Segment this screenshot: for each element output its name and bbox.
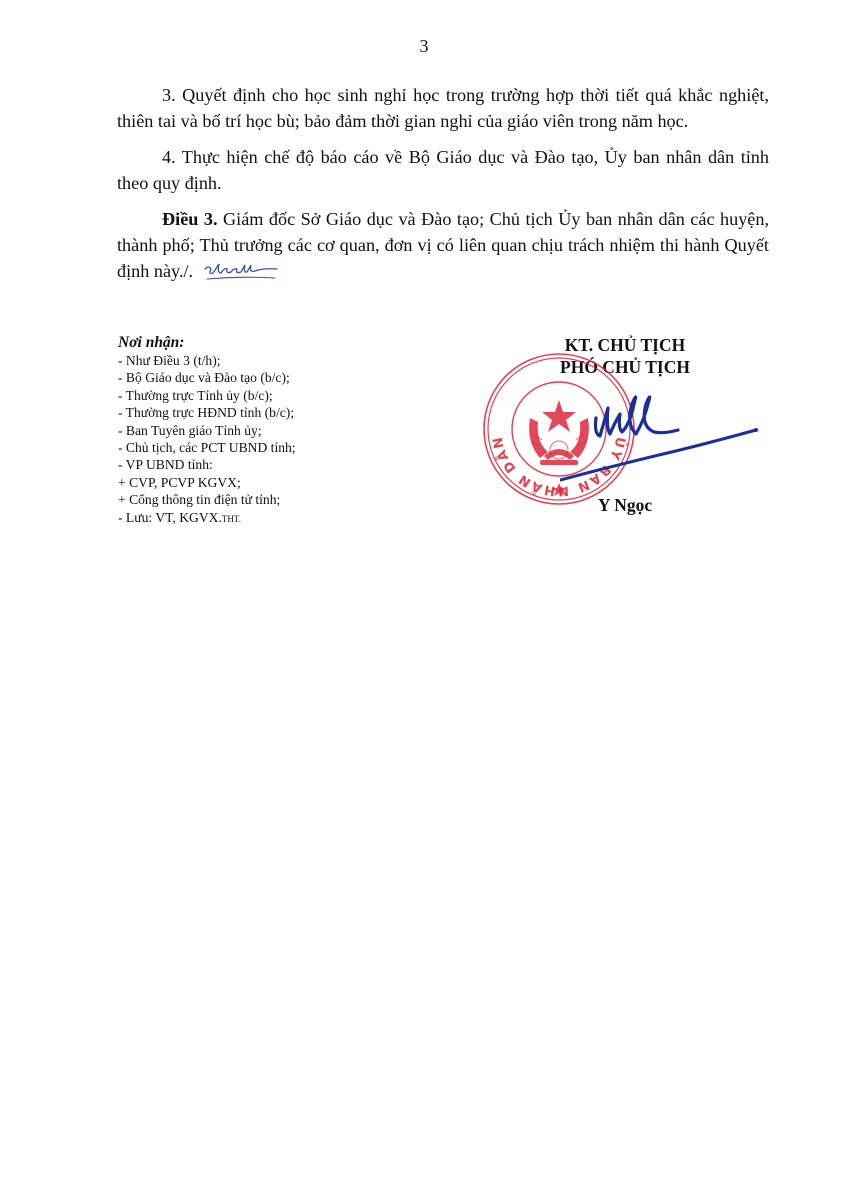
paragraph-item-3: 3. Quyết định cho học sinh nghỉ học tron… [117, 82, 769, 134]
recipient-item-archive: - Lưu: VT, KGVX.THT. [118, 509, 296, 528]
recipient-item: + CVP, PCVP KGVX; [118, 474, 296, 491]
recipient-item: - Bộ Giáo dục và Đào tạo (b/c); [118, 369, 296, 386]
initials-signature-icon [201, 261, 281, 283]
document-body: 3. Quyết định cho học sinh nghỉ học tron… [117, 82, 769, 284]
recipient-item: - Chủ tịch, các PCT UBND tỉnh; [118, 439, 296, 456]
recipients-title: Nơi nhận: [118, 334, 296, 352]
paragraph-article-3: Điều 3. Giám đốc Sở Giáo dục và Đào tạo;… [117, 206, 769, 284]
recipient-item: + Cổng thông tin điện tử tỉnh; [118, 491, 296, 508]
recipient-item: - Thường trực Tỉnh ủy (b/c); [118, 387, 296, 404]
recipient-item: - Thường trực HĐND tỉnh (b/c); [118, 404, 296, 421]
recipients-list: Nơi nhận: - Như Điều 3 (t/h); - Bộ Giáo … [118, 334, 296, 528]
recipient-item: - VP UBND tỉnh: [118, 456, 296, 473]
handwritten-signature-icon [560, 384, 770, 494]
page-number: 3 [0, 36, 848, 57]
article-heading: Điều 3. [162, 209, 218, 229]
recipient-item: - Như Điều 3 (t/h); [118, 352, 296, 369]
archive-suffix: THT. [222, 514, 241, 524]
recipient-item: - Ban Tuyên giáo Tỉnh ủy; [118, 422, 296, 439]
paragraph-item-4: 4. Thực hiện chế độ báo cáo về Bộ Giáo d… [117, 144, 769, 196]
